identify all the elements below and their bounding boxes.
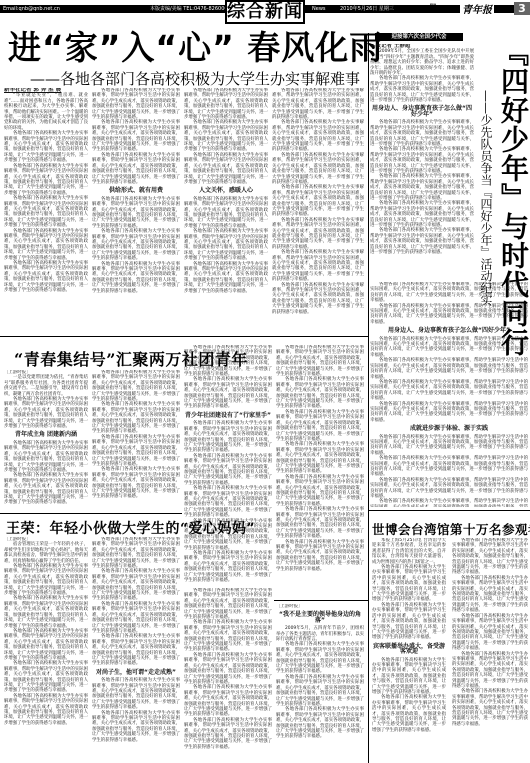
body-text: 各地各部门各高校积极为大学生办实事解难事，帮助学生解决学习生活中的实际困难，关心… <box>184 377 272 409</box>
expo-subhead: 宾客联播举办盛大，备受游客欢迎 <box>372 644 446 655</box>
body-text: 各地各部门各高校积极为大学生办实事解难事，帮助学生解决学习生活中的实际困难，关心… <box>372 603 446 641</box>
body-text: 各地各部门各高校积极为大学生办实事解难事，帮助学生解决学习生活中的实际困难，关心… <box>4 564 88 596</box>
body-text: 2009年5月，全国少工委在全国少先队员中开展了争当“四好少年”主题教育活动。“… <box>370 49 474 76</box>
body-text: 各地各部门各高校积极为大学生办实事解难事，帮助学生解决学习生活中的实际困难，关心… <box>452 576 528 614</box>
lead-story-col-2: 各地各部门各高校积极为大学生办实事解难事，帮助学生解决学习生活中的实际困难，关心… <box>92 88 180 333</box>
body-text: 各地各部门各高校积极为大学生办实事解难事，帮助学生解决学习生活中的实际困难，关心… <box>4 441 88 473</box>
body-text: 各地各部门各高校积极为大学生办实事解难事，帮助学生解决学习生活中的实际困难，关心… <box>370 147 474 174</box>
wangrong-col-3: 各地各部门各高校积极为大学生办实事解难事，帮助学生解决学习生活中的实际困难，关心… <box>184 588 272 763</box>
body-text: 各地各部门各高校积极为大学生办实事解难事，帮助学生解决学习生活中的实际困难，关心… <box>370 456 528 478</box>
body-text: 各地各部门各高校积极为大学生办实事解难事，帮助学生解决学习生活中的实际困难，关心… <box>184 620 272 652</box>
body-text: 各地各部门各高校积极为大学生办实事解难事，帮助学生解决学习生活中的实际困难，关心… <box>370 76 474 103</box>
body-text: 本报上海5月25日电 台湾馆今天迎来第十万名参观者，这名幸运的参观者获得了台湾馆… <box>372 538 446 565</box>
right-story-subhead: 用身边人、身边事教育孩子怎么做“四好少年” <box>370 328 528 333</box>
body-text: 各地各部门各高校积极为大学生办实事解难事，帮助学生解决学习生活中的实际困难，关心… <box>184 685 272 717</box>
body-text: 各地各部门各高校积极为大学生办实事解难事，帮助学生解决学习生活中的实际困难，关心… <box>184 262 268 294</box>
body-text: 各地各部门各高校积极为大学生办实事解难事，帮助学生解决学习生活中的实际困难，关心… <box>370 358 528 380</box>
right-story-col-1: 本报记者 王静超 2009年5月，全国少工委在全国少先队员中开展了争当“四好少年… <box>370 44 474 280</box>
hatch-decoration-icon: \\\\\ <box>430 3 436 10</box>
body-text: 各地各部门各高校积极为大学生办实事解难事，帮助学生解决学习生活中的实际困难，关心… <box>452 689 528 727</box>
body-text: 各地各部门各高校积极为大学生办实事解难事，帮助学生解决学习生活中的实际困难，关心… <box>276 707 364 739</box>
body-text: 各地各部门各高校积极为大学生办实事解难事，帮助学生解决学习生活中的实际困难，关心… <box>184 345 272 377</box>
divider <box>368 510 530 511</box>
body-text: 各地各部门各高校积极为大学生办实事解难事，帮助学生解决学习生活中的实际困难，关心… <box>276 675 364 707</box>
wangrong-subhead: 对尚子生，他可谓“走走成熟” <box>92 670 180 675</box>
body-text: 各地各部门各高校积极为大学生办实事解难事，帮助学生解决学习生活中的实际困难，关心… <box>92 634 180 666</box>
body-text: 一是以党建带团建为依托，“青春集结号”联系服务青年社团，为各类社团青年提供交流平… <box>4 375 88 397</box>
body-text: 各地各部门各高校积极为大学生办实事解难事，帮助学生解决学习生活中的实际困难，关心… <box>276 442 364 474</box>
body-text: 各地各部门各高校积极为大学生办实事解难事，帮助学生解决学习生活中的实际困难，关心… <box>92 467 180 499</box>
body-text: 各地各部门各高校积极为大学生办实事解难事，帮助学生解决学习生活中的实际困难，关心… <box>92 88 180 120</box>
body-text: 各地各部门各高校积极为大学生办实事解难事，帮助学生解决学习生活中的实际困难，关心… <box>184 486 272 518</box>
body-text: 各地各部门各高校积极为大学生办实事解难事，帮助学生解决学习生活中的实际困难，关心… <box>372 658 446 696</box>
lead-story-col-3: 各地各部门各高校积极为大学生办实事解难事，帮助学生解决学习生活中的实际困难，关心… <box>184 88 268 333</box>
body-text: 各地各部门各高校积极为大学生办实事解难事，帮助学生解决学习生活中的实际困难，关心… <box>276 410 364 442</box>
expo-col-2: 各地各部门各高校积极为大学生办实事解难事，帮助学生解决学习生活中的实际困难，关心… <box>452 538 528 763</box>
body-text: 各地各部门各高校积极为大学生办实事解难事，帮助学生解决学习生活中的实际困难，关心… <box>370 380 528 402</box>
masthead-date: 2010年5月26日 星期三 <box>340 5 394 13</box>
body-text: “毕业就是失业”，“租房难、就业难”……面对困惑和压力，各地各部门各高校积极行动… <box>4 93 88 131</box>
body-text: 各地各部门各高校积极为大学生办实事解难事，帮助学生解决学习生活中的实际困难，关心… <box>370 174 474 201</box>
story-source: ［上游时报］ <box>276 604 364 609</box>
body-text: 各地各部门各高校积极为大学生办实事解难事，帮助学生解决学习生活中的实际困难，关心… <box>4 164 88 196</box>
body-text: 各地各部门各高校积极为大学生办实事解难事，帮助学生解决学习生活中的实际困难，关心… <box>92 569 180 601</box>
body-text: 各地各部门各高校积极为大学生办实事解难事，帮助学生解决学习生活中的实际困难，关心… <box>452 538 528 576</box>
body-text: 各地各部门各高校积极为大学生办实事解难事，帮助学生解决学习生活中的实际困难，关心… <box>92 120 180 152</box>
body-text: 各地各部门各高校积极为大学生办实事解难事，帮助学生解决学习生活中的实际困难，关心… <box>92 197 180 229</box>
body-text: 各地各部门各高校积极为大学生办实事解难事，帮助学生解决学习生活中的实际困难，关心… <box>184 421 272 453</box>
body-text: 各地各部门各高校积极为大学生办实事解难事，帮助学生解决学习生活中的实际困难，关心… <box>276 345 364 377</box>
body-text: 各地各部门各高校积极为大学生办实事解难事，帮助学生解决学习生活中的实际困难，关心… <box>4 261 88 293</box>
body-text: 各地各部门各高校积极为大学生办实事解难事，帮助学生解决学习生活中的实际困难，关心… <box>272 283 364 315</box>
body-text: 各地各部门各高校积极为大学生办实事解难事，帮助学生解决学习生活中的实际困难，关心… <box>184 454 272 486</box>
body-text: 宿舍管理员王荣是一个年轻的小伙子，却被学生们亲切地称为“爱心妈妈”。他每天都认真… <box>4 542 88 564</box>
divider <box>274 600 368 601</box>
expo-col-1: 本报上海5月25日电 台湾馆今天迎来第十万名参观者，这名幸运的参观者获得了台湾馆… <box>372 538 446 763</box>
body-text: 各地各部门各高校积极为大学生办实事解难事，帮助学生解决学习生活中的实际困难，关心… <box>92 262 180 294</box>
body-text: 各地各部门各高校积极为大学生办实事解难事，帮助学生解决学习生活中的实际困难，关心… <box>184 197 268 229</box>
body-text: 各地各部门各高校积极为大学生办实事解难事，帮助学生解决学习生活中的实际困难，关心… <box>272 153 364 185</box>
body-text: 各地各部门各高校积极为大学生办实事解难事，帮助学生解决学习生活中的实际困难，关心… <box>92 435 180 467</box>
body-text: 各地各部门各高校积极为大学生办实事解难事，帮助学生解决学习生活中的实际困难，关心… <box>370 228 474 255</box>
masthead-editor: 本版责编/美编 TEL:0476-8260000 <box>150 5 231 13</box>
body-text: 各地各部门各高校积极为大学生办实事解难事，帮助学生解决学习生活中的实际困难，关心… <box>4 596 88 628</box>
body-text: 各地各部门各高校积极为大学生办实事解难事，帮助学生解决学习生活中的实际困难，关心… <box>370 499 528 507</box>
body-text: 各地各部门各高校积极为大学生办实事解难事，帮助学生解决学习生活中的实际困难，关心… <box>92 602 180 634</box>
right-story-subhead: 成就进步源于体验、源于实践 <box>370 426 528 431</box>
body-text: 各地各部门各高校积极为大学生办实事解难事，帮助学生解决学习生活中的实际困难，关心… <box>272 88 364 120</box>
youth-group-col-4: 各地各部门各高校积极为大学生办实事解难事，帮助学生解决学习生活中的实际困难，关心… <box>276 345 364 585</box>
lead-story-subhead: 供给形式、就有用费 <box>92 188 180 193</box>
body-text: 各地各部门各高校积极为大学生办实事解难事，帮助学生解决学习生活中的实际困难，关心… <box>372 565 446 603</box>
body-text: 各地各部门各高校积极为大学生办实事解难事，帮助学生解决学习生活中的实际困难，关心… <box>4 661 88 693</box>
body-text: 各地各部门各高校积极为大学生办实事解难事，帮助学生解决学习生活中的实际困难，关心… <box>370 120 474 147</box>
divider <box>0 513 182 514</box>
right-story-banner: 迎接第六次全国少代会 <box>375 33 463 41</box>
body-text: 各地各部门各高校积极为大学生办实事解难事，帮助学生解决学习生活中的实际困难，关心… <box>4 229 88 261</box>
body-text: 各地各部门各高校积极为大学生办实事解难事，帮助学生解决学习生活中的实际困难，关心… <box>276 377 364 409</box>
body-text: 各地各部门各高校积极为大学生办实事解难事，帮助学生解决学习生活中的实际困难，关心… <box>370 282 528 304</box>
masthead-email: Email:qnb@qnb.net.cn <box>3 5 60 13</box>
body-text: 各地各部门各高校积极为大学生办实事解难事，帮助学生解决学习生活中的实际困难，关心… <box>370 402 528 424</box>
body-text: 各地各部门各高校积极为大学生办实事解难事，帮助学生解决学习生活中的实际困难，关心… <box>276 475 364 507</box>
body-text: 各地各部门各高校积极为大学生办实事解难事，帮助学生解决学习生活中的实际困难，关心… <box>184 588 272 620</box>
divider <box>0 336 368 337</box>
body-text: 各地各部门各高校积极为大学生办实事解难事，帮助学生解决学习生活中的实际困难，关心… <box>370 435 528 457</box>
body-text: 各地各部门各高校积极为大学生办实事解难事，帮助学生解决学习生活中的实际困难，关心… <box>92 678 180 710</box>
youth-group-col-1: ［上游时报］ 一是以党建带团建为依托，“青春集结号”联系服务青年社团，为各类社团… <box>4 370 88 512</box>
body-text: 各地各部门各高校积极为大学生办实事解难事，帮助学生解决学习生活中的实际困难，关心… <box>372 695 446 733</box>
wangrong-col-2: 各地各部门各高校积极为大学生办实事解难事，帮助学生解决学习生活中的实际困难，关心… <box>92 537 180 763</box>
body-text: 各地各部门各高校积极为大学生办实事解难事，帮助学生解决学习生活中的实际困难，关心… <box>184 551 272 583</box>
body-text: 各地各部门各高校积极为大学生办实事解难事，帮助学生解决学习生活中的实际困难，关心… <box>272 250 364 282</box>
body-text: 各地各部门各高校积极为大学生办实事解难事，帮助学生解决学习生活中的实际困难，关心… <box>4 473 88 505</box>
body-text: 各地各部门各高校积极为大学生办实事解难事，帮助学生解决学习生活中的实际困难，关心… <box>184 229 268 261</box>
body-text: 各地各部门各高校积极为大学生办实事解难事，帮助学生解决学习生活中的实际困难，关心… <box>4 196 88 228</box>
body-text: 各地各部门各高校积极为大学生办实事解难事，帮助学生解决学习生活中的实际困难，关心… <box>370 478 528 500</box>
body-text: 各地各部门各高校积极为大学生办实事解难事，帮助学生解决学习生活中的实际困难，关心… <box>184 88 268 120</box>
body-text: 各地各部门各高校积极为大学生办实事解难事，帮助学生解决学习生活中的实际困难，关心… <box>4 694 88 726</box>
middle-bottom-story: ［上游时报］ “我不是主要的领导他身边的角落” 2009年5月，五四青年节前夕，… <box>276 604 364 763</box>
expo-story-title: 世博会台湾馆第十万名参观者喜获大奖 <box>372 520 530 538</box>
body-text: 各地各部门各高校积极为大学生办实事解难事，帮助学生解决学习生活中的实际困难，关心… <box>4 131 88 163</box>
right-story-col-2: 各地各部门各高校积极为大学生办实事解难事，帮助学生解决学习生活中的实际困难，关心… <box>370 282 528 507</box>
right-story-subhead: 用身边人、身边事教育孩子怎么做“四好少年” <box>370 106 474 117</box>
body-text: 各地各部门各高校积极为大学生办实事解难事，帮助学生解决学习生活中的实际困难，关心… <box>272 120 364 152</box>
lead-story-subtitle: ——各地各部门各高校积极为大学生办实事解难事 <box>30 68 360 89</box>
section-title: 综合新闻 <box>225 0 305 24</box>
body-text: 各地各部门各高校积极为大学生办实事解难事，帮助学生解决学习生活中的实际困难，关心… <box>92 402 180 434</box>
youth-group-col-2: 各地各部门各高校积极为大学生办实事解难事，帮助学生解决学习生活中的实际困难，关心… <box>92 370 180 512</box>
body-text: 各地各部门各高校积极为大学生办实事解难事，帮助学生解决学习生活中的实际困难，关心… <box>276 507 364 539</box>
body-text: 各地各部门各高校积极为大学生办实事解难事，帮助学生解决学习生活中的实际困难，关心… <box>92 153 180 185</box>
body-text: 各地各部门各高校积极为大学生办实事解难事，帮助学生解决学习生活中的实际困难，关心… <box>272 218 364 250</box>
body-text: 各地各部门各高校积极为大学生办实事解难事，帮助学生解决学习生活中的实际困难，关心… <box>452 652 528 690</box>
body-text: 2009年5月，五四青年节前夕，团组织举办了各类主题活动，青年们积极参与，以实际… <box>276 626 364 642</box>
body-text: 各地各部门各高校积极为大学生办实事解难事，帮助学生解决学习生活中的实际困难，关心… <box>370 304 528 326</box>
body-text: 各地各部门各高校积极为大学生办实事解难事，帮助学生解决学习生活中的实际困难，关心… <box>184 153 268 185</box>
body-text: 各地各部门各高校积极为大学生办实事解难事，帮助学生解决学习生活中的实际困难，关心… <box>184 653 272 685</box>
body-text: 各地各部门各高校积极为大学生办实事解难事，帮助学生解决学习生活中的实际困难，关心… <box>92 537 180 569</box>
wangrong-story-title: 王荣：年轻小伙做大学生的“爱心妈妈” <box>6 518 255 538</box>
body-text: 各地各部门各高校积极为大学生办实事解难事，帮助学生解决学习生活中的实际困难，关心… <box>272 185 364 217</box>
column-rule <box>368 33 369 763</box>
youth-group-subhead: 青年成主角 团建新内涵 <box>4 432 88 437</box>
masthead-news-label: News <box>312 5 326 13</box>
body-text: 各地各部门各高校积极为大学生办实事解难事，帮助学生解决学习生活中的实际困难，关心… <box>184 120 268 152</box>
lead-story-col-4: 各地各部门各高校积极为大学生办实事解难事，帮助学生解决学习生活中的实际困难，关心… <box>272 88 364 333</box>
body-text: 各地各部门各高校积极为大学生办实事解难事，帮助学生解决学习生活中的实际困难，关心… <box>276 642 364 674</box>
body-text: 各地各部门各高校积极为大学生办实事解难事，帮助学生解决学习生活中的实际困难，关心… <box>184 718 272 750</box>
body-text: 各地各部门各高校积极为大学生办实事解难事，帮助学生解决学习生活中的实际困难，关心… <box>92 711 180 743</box>
youth-group-subhead: 青少年社团建设有了“行家里手” <box>184 413 272 418</box>
wangrong-col-1: ［上游时报］ 宿舍管理员王荣是一个年轻的小伙子，却被学生们亲切地称为“爱心妈妈”… <box>4 537 88 763</box>
body-text: 各地各部门各高校积极为大学生办实事解难事，帮助学生解决学习生活中的实际困难，关心… <box>370 337 528 359</box>
body-text: 各地各部门各高校积极为大学生办实事解难事，帮助学生解决学习生活中的实际困难，关心… <box>370 201 474 228</box>
middle-bottom-subhead: “我不是主要的领导他身边的角落” <box>276 612 364 623</box>
body-text: 各地各部门各高校积极为大学生办实事解难事，帮助学生解决学习生活中的实际困难，关心… <box>4 629 88 661</box>
body-text: 各地各部门各高校积极为大学生办实事解难事，帮助学生解决学习生活中的实际困难，关心… <box>276 540 364 572</box>
lead-story-subhead: 人文关怀，感暖人心 <box>184 188 268 193</box>
body-text: 各地各部门各高校积极为大学生办实事解难事，帮助学生解决学习生活中的实际困难，关心… <box>4 397 88 429</box>
body-text: 各地各部门各高校积极为大学生办实事解难事，帮助学生解决学习生活中的实际困难，关心… <box>92 370 180 402</box>
lead-story-title: 进“家”入“心” 春风化雨 <box>8 30 383 66</box>
body-text: 各地各部门各高校积极为大学生办实事解难事，帮助学生解决学习生活中的实际困难，关心… <box>92 229 180 261</box>
right-story-subtitle: ——少先队员争当『四好少年』活动纪实 <box>478 90 495 306</box>
page-number: 3 <box>514 2 530 15</box>
lead-story-col-1: 新华社记者 郭 奔 胜 晨 “毕业就是失业”，“租房难、就业难”……面对困惑和压… <box>4 88 88 333</box>
newspaper-logo: 青年报 <box>460 1 494 16</box>
body-text: 各地各部门各高校积极为大学生办实事解难事，帮助学生解决学习生活中的实际困难，关心… <box>452 614 528 652</box>
youth-group-col-3: 各地各部门各高校积极为大学生办实事解难事，帮助学生解决学习生活中的实际困难，关心… <box>184 345 272 585</box>
